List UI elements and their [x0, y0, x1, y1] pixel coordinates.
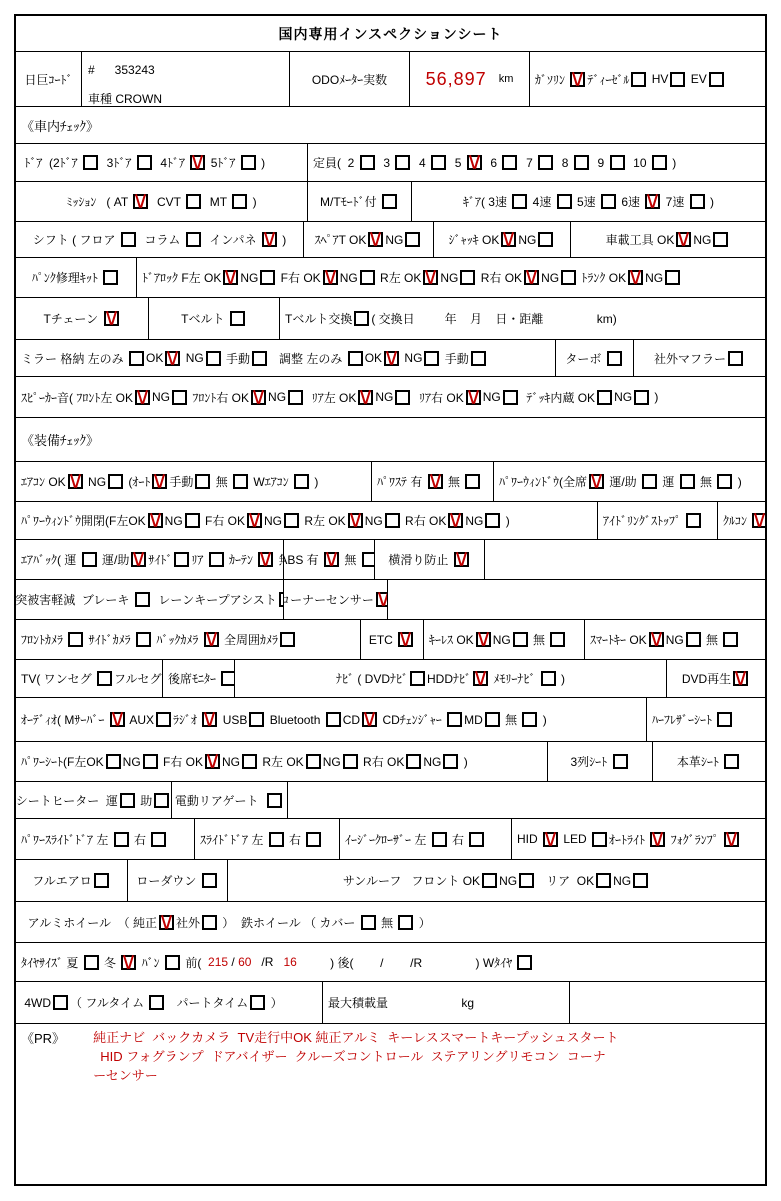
label: 3列ｼｰﾄ [570, 753, 610, 770]
checkbox-unchecked[interactable] [280, 632, 295, 647]
checkbox-unchecked[interactable] [713, 232, 728, 247]
label: NG [152, 390, 170, 404]
checkbox-unchecked[interactable] [592, 832, 607, 847]
label: ) [651, 390, 658, 404]
checkbox-unchecked[interactable] [633, 873, 648, 888]
checkbox-checked[interactable] [159, 915, 174, 930]
row-section-equipment: 《装備ﾁｪｯｸ》 [16, 418, 765, 462]
checkbox-unchecked[interactable] [538, 155, 553, 170]
checkbox-checked[interactable] [570, 72, 585, 87]
label: 5ﾄﾞｱ [207, 154, 238, 171]
checkbox-checked[interactable] [324, 552, 339, 567]
checkbox-unchecked[interactable] [186, 194, 201, 209]
label: 助 [137, 792, 152, 809]
checkbox-unchecked[interactable] [306, 832, 321, 847]
label: DVD再生 [682, 670, 731, 687]
row-mirror: ミラー 格納 左のみ OK NG 手動 調整 左のみ OK NG 手動ターボ 社… [16, 340, 765, 377]
checkbox-checked[interactable] [68, 474, 83, 489]
checkbox-checked[interactable] [752, 513, 765, 528]
checkbox-unchecked[interactable] [447, 712, 462, 727]
cell-t-belt: Tベルト [149, 298, 280, 339]
checkbox-unchecked[interactable] [202, 915, 217, 930]
cell-collision-empty [388, 580, 765, 619]
label: 10 [627, 156, 650, 170]
checkbox-unchecked[interactable] [610, 155, 625, 170]
cell-half-leather: ﾊｰﾌﾚｻﾞｰｼｰﾄ [647, 698, 765, 741]
checkbox-unchecked[interactable] [522, 712, 537, 727]
label: ) [249, 195, 256, 209]
label: NG [541, 271, 559, 285]
checkbox-checked[interactable] [104, 311, 119, 326]
label: NG [645, 271, 663, 285]
cell-aircon: ｴｱｺﾝ OK NG (ｵｰﾄ手動 無 Wｴｱｺﾝ ) [16, 462, 372, 501]
checkbox-unchecked[interactable] [443, 754, 458, 769]
checkbox-unchecked[interactable] [482, 873, 497, 888]
cell-idling-stop: ｱｲﾄﾞﾘﾝｸﾞｽﾄｯﾌﾟ [598, 502, 718, 539]
label: ｽﾗｲﾄﾞﾄﾞｱ 左 [200, 831, 267, 848]
checkbox-unchecked[interactable] [465, 474, 480, 489]
checkbox-unchecked[interactable] [202, 873, 217, 888]
label: NG [614, 390, 632, 404]
checkbox-unchecked[interactable] [136, 632, 151, 647]
label: 社外 [176, 914, 200, 931]
checkbox-unchecked[interactable] [143, 754, 158, 769]
label: HV [648, 72, 668, 86]
label: ﾊﾟﾜｰｼｰﾄ(F左OK [21, 753, 104, 770]
checkbox-unchecked[interactable] [398, 915, 413, 930]
checkbox-checked[interactable] [384, 351, 399, 366]
label: 6 [484, 156, 501, 170]
label: 5 [448, 156, 465, 170]
checkbox-unchecked[interactable] [230, 311, 245, 326]
checkbox-unchecked[interactable] [326, 712, 341, 727]
label: R左 OK [259, 753, 304, 770]
checkbox-checked[interactable] [348, 513, 363, 528]
checkbox-unchecked[interactable] [221, 671, 235, 686]
checkbox-checked[interactable] [466, 390, 481, 405]
checkbox-unchecked[interactable] [165, 955, 180, 970]
label: パートタイム [166, 994, 248, 1011]
label: / [228, 955, 238, 969]
cell-door-lock: ﾄﾞｱﾛｯｸ F左 OKNG F右 OKNG R左 OKNG R右 OKNG ﾄ… [137, 258, 765, 297]
checkbox-unchecked[interactable] [642, 474, 657, 489]
label: /R [251, 955, 283, 969]
checkbox-checked[interactable] [135, 390, 150, 405]
checkbox-checked[interactable] [133, 194, 148, 209]
checkbox-unchecked[interactable] [670, 72, 685, 87]
label: ﾃﾞｨｰｾﾞﾙ [587, 71, 629, 88]
checkbox-checked[interactable] [323, 270, 338, 285]
checkbox-unchecked[interactable] [512, 194, 527, 209]
checkbox-unchecked[interactable] [306, 754, 321, 769]
label: 車載工具 OK [606, 231, 675, 248]
checkbox-unchecked[interactable] [665, 270, 680, 285]
checkbox-checked[interactable] [262, 232, 277, 247]
label: 無 [502, 711, 521, 728]
cell-power-steering: ﾊﾟﾜｽﾃ 有 無 [372, 462, 494, 501]
checkbox-unchecked[interactable] [686, 513, 701, 528]
checkbox-checked[interactable] [448, 513, 463, 528]
cell-leather-seat: 本革ｼｰﾄ [653, 742, 765, 781]
label: フルエアロ [32, 872, 92, 889]
label: インパネ [203, 231, 260, 248]
cell-power-window: ﾊﾟﾜｰｳｨﾝﾄﾞｳ(全席 運/助 運 無 ) [494, 462, 765, 501]
checkbox-unchecked[interactable] [174, 552, 189, 567]
checkbox-unchecked[interactable] [432, 832, 447, 847]
checkbox-unchecked[interactable] [360, 270, 375, 285]
checkbox-checked[interactable] [650, 832, 665, 847]
checkbox-unchecked[interactable] [354, 311, 369, 326]
checkbox-checked[interactable] [110, 712, 125, 727]
cell-code-label: 日巨ｺｰﾄﾞ [16, 52, 82, 106]
checkbox-checked[interactable] [121, 955, 136, 970]
checkbox-unchecked[interactable] [195, 474, 210, 489]
label: 3ﾄﾞｱ [100, 154, 135, 171]
checkbox-checked[interactable] [628, 270, 643, 285]
cell-mirror: ミラー 格納 左のみ OK NG 手動 調整 左のみ OK NG 手動 [16, 340, 556, 376]
checkbox-checked[interactable] [152, 474, 167, 489]
cell-aftermarket-muffler: 社外マフラー [634, 340, 765, 376]
cell-doors: ﾄﾞｱ (2ﾄﾞｱ 3ﾄﾞｱ 4ﾄﾞｱ 5ﾄﾞｱ ) [16, 144, 308, 181]
checkbox-unchecked[interactable] [517, 955, 532, 970]
label: ﾌﾛﾝﾄ右 OK [189, 389, 249, 406]
row-puncture-kit: ﾊﾟﾝｸ修理ｷｯﾄ ﾄﾞｱﾛｯｸ F左 OKNG F右 OKNG R左 OKNG… [16, 258, 765, 298]
label: NG [240, 271, 258, 285]
label: 調整 左のみ [269, 350, 346, 367]
checkbox-unchecked[interactable] [503, 390, 518, 405]
label: NG [483, 390, 501, 404]
checkbox-unchecked[interactable] [680, 474, 695, 489]
checkbox-unchecked[interactable] [94, 873, 109, 888]
checkbox-unchecked[interactable] [53, 995, 68, 1010]
checkbox-unchecked[interactable] [469, 832, 484, 847]
checkbox-checked[interactable] [131, 552, 146, 567]
row-tv-navi: TV( ワンセグ フルセグ )後席ﾓﾆﾀｰ ﾅﾋﾞ ( DVDﾅﾋﾞHDDﾅﾋﾞ… [16, 660, 765, 698]
checkbox-unchecked[interactable] [485, 513, 500, 528]
checkbox-unchecked[interactable] [114, 832, 129, 847]
checkbox-checked[interactable] [428, 474, 443, 489]
label: NG [613, 874, 631, 888]
checkbox-unchecked[interactable] [137, 155, 152, 170]
checkbox-unchecked[interactable] [574, 155, 589, 170]
checkbox-unchecked[interactable] [97, 671, 112, 686]
row-speaker: ｽﾋﾟｰｶｰ音( ﾌﾛﾝﾄ左 OKNG ﾌﾛﾝﾄ右 OKNG ﾘｱ左 OKNG … [16, 377, 765, 418]
checkbox-unchecked[interactable] [724, 754, 739, 769]
label: ﾊｰﾌﾚｻﾞｰｼｰﾄ [652, 711, 715, 728]
label: ) [279, 233, 286, 247]
checkbox-checked[interactable] [358, 390, 373, 405]
checkbox-unchecked[interactable] [485, 712, 500, 727]
label: 7 [519, 156, 536, 170]
label: コラム [138, 231, 184, 248]
checkbox-unchecked[interactable] [519, 873, 534, 888]
checkbox-unchecked[interactable] [108, 474, 123, 489]
checkbox-checked[interactable] [467, 155, 482, 170]
checkbox-unchecked[interactable] [460, 270, 475, 285]
label: ｷﾞｱ( 3速 [463, 193, 510, 210]
label: F右 OK [202, 512, 245, 529]
checkbox-unchecked[interactable] [149, 995, 164, 1010]
checkbox-unchecked[interactable] [613, 754, 628, 769]
checkbox-checked[interactable] [524, 270, 539, 285]
checkbox-unchecked[interactable] [172, 390, 187, 405]
label: NG [85, 475, 106, 489]
checkbox-checked[interactable] [645, 194, 660, 209]
checkbox-unchecked[interactable] [723, 632, 738, 647]
label-odo: 56,897 [426, 69, 487, 90]
label: 3 [377, 156, 394, 170]
checkbox-checked[interactable] [423, 270, 438, 285]
checkbox-unchecked[interactable] [541, 671, 556, 686]
checkbox-unchecked[interactable] [361, 915, 376, 930]
label: 最大積載量 kg [328, 994, 474, 1011]
checkbox-unchecked[interactable] [690, 194, 705, 209]
row-pr: 《PR》純正ナビ バックカメラ TV走行中OK 純正アルミ キーレススマートキー… [16, 1024, 765, 1184]
checkbox-unchecked[interactable] [471, 351, 486, 366]
checkbox-unchecked[interactable] [631, 72, 646, 87]
checkbox-unchecked[interactable] [269, 832, 284, 847]
label: ﾄﾞｱﾛｯｸ F左 OK [142, 269, 221, 286]
label: ) [311, 475, 318, 489]
checkbox-unchecked[interactable] [84, 955, 99, 970]
checkbox-unchecked[interactable] [634, 390, 649, 405]
checkbox-unchecked[interactable] [209, 552, 224, 567]
checkbox-unchecked[interactable] [129, 351, 144, 366]
checkbox-unchecked[interactable] [260, 270, 275, 285]
checkbox-checked[interactable] [205, 754, 220, 769]
checkbox-checked[interactable] [202, 712, 217, 727]
label: R右 OK [477, 269, 522, 286]
checkbox-unchecked[interactable] [185, 513, 200, 528]
checkbox-unchecked[interactable] [596, 873, 611, 888]
cell-stability-control: 横滑り防止 [375, 540, 485, 579]
checkbox-checked[interactable] [724, 832, 739, 847]
label-red: 215 [208, 955, 228, 969]
checkbox-unchecked[interactable] [728, 351, 743, 366]
checkbox-unchecked[interactable] [242, 754, 257, 769]
checkbox-checked[interactable] [362, 712, 377, 727]
checkbox-unchecked[interactable] [233, 474, 248, 489]
cell-4wd: 4WD（ フルタイム パートタイム ） [16, 982, 323, 1023]
checkbox-unchecked[interactable] [405, 232, 420, 247]
label: ﾅﾋﾞ ( DVDﾅﾋﾞ [336, 670, 408, 687]
checkbox-checked[interactable] [165, 351, 180, 366]
checkbox-unchecked[interactable] [607, 351, 622, 366]
label: 4WD [21, 996, 51, 1010]
label: 冬 [101, 954, 120, 971]
label: フルセグ [114, 670, 163, 687]
checkbox-unchecked[interactable] [717, 474, 732, 489]
checkbox-checked[interactable] [148, 513, 163, 528]
checkbox-checked[interactable] [676, 232, 691, 247]
label: NG [182, 351, 203, 365]
checkbox-unchecked[interactable] [502, 155, 517, 170]
checkbox-unchecked[interactable] [348, 351, 363, 366]
checkbox-checked[interactable] [733, 671, 748, 686]
cell-section-interior: 《車内ﾁｪｯｸ》 [16, 107, 765, 143]
label: 前( [182, 954, 208, 971]
cell-third-row-seat: 3列ｼｰﾄ [548, 742, 653, 781]
checkbox-unchecked[interactable] [83, 155, 98, 170]
checkbox-unchecked[interactable] [156, 712, 171, 727]
checkbox-unchecked[interactable] [252, 351, 267, 366]
row-airbag: ｴｱﾊﾞｯｸ( 運 運/助ｻｲﾄﾞﾘｱ ｶｰﾃﾝ 無 )ABS 有 無 横滑り防… [16, 540, 765, 580]
label: ｶｰﾃﾝ [226, 551, 257, 568]
label: ABS 有 [284, 551, 322, 568]
label: ） 鉄ホイール （ カバー [219, 914, 359, 931]
label: 9 [591, 156, 608, 170]
label: 4速 [529, 193, 554, 210]
checkbox-checked[interactable] [190, 155, 205, 170]
checkbox-unchecked[interactable] [120, 793, 135, 808]
checkbox-checked[interactable] [454, 552, 469, 567]
checkbox-unchecked[interactable] [135, 592, 150, 607]
checkbox-checked[interactable] [368, 232, 383, 247]
label: ﾗｼﾞｵ [173, 711, 200, 728]
checkbox-unchecked[interactable] [82, 552, 97, 567]
label: 手動 [223, 350, 250, 367]
label: ﾘｱ [191, 551, 206, 568]
cell-fuel-type: ｶﾞｿﾘﾝ ﾃﾞｨｰｾﾞﾙ HV EV [530, 52, 765, 106]
label: NG [385, 233, 403, 247]
checkbox-unchecked[interactable] [294, 474, 309, 489]
checkbox-unchecked[interactable] [154, 793, 169, 808]
checkbox-unchecked[interactable] [267, 793, 282, 808]
label: ﾀｲﾔｻｲｽﾞ 夏 [21, 954, 82, 971]
checkbox-unchecked[interactable] [232, 194, 247, 209]
label: (ｵｰﾄ [125, 473, 150, 490]
label: NG [165, 514, 183, 528]
cell-wheel: アルミホイール （ 純正社外 ） 鉄ホイール （ カバー 無 ） [16, 902, 765, 942]
label: CD [343, 713, 360, 727]
checkbox-checked[interactable] [501, 232, 516, 247]
label: ｵｰﾄﾗｲﾄ [609, 831, 648, 848]
checkbox-unchecked[interactable] [241, 155, 256, 170]
cell-navi: ﾅﾋﾞ ( DVDﾅﾋﾞHDDﾅﾋﾞ ﾒﾓﾘｰﾅﾋﾞ ) [235, 660, 667, 697]
label: レーンキープアシスト [152, 591, 277, 608]
checkbox-unchecked[interactable] [362, 552, 375, 567]
checkbox-unchecked[interactable] [424, 351, 439, 366]
row-tire-chain: Tチェーン Tベルト Tベルト交換( 交換日 年 月 日・距離 km) [16, 298, 765, 340]
checkbox-unchecked[interactable] [557, 194, 572, 209]
checkbox-checked[interactable] [589, 474, 604, 489]
label: ﾊﾟﾜｰｳｨﾝﾄﾞｳ開閉(F左OK [21, 512, 146, 529]
label: ﾘｱ左 OK [305, 389, 356, 406]
checkbox-unchecked[interactable] [186, 232, 201, 247]
label: ﾊﾟﾜｰｽﾗｲﾄﾞﾄﾞｱ 左 [21, 831, 112, 848]
label: NG [423, 755, 441, 769]
checkbox-unchecked[interactable] [288, 390, 303, 405]
checkbox-unchecked[interactable] [106, 754, 121, 769]
checkbox-unchecked[interactable] [206, 351, 221, 366]
checkbox-unchecked[interactable] [395, 155, 410, 170]
checkbox-unchecked[interactable] [151, 832, 166, 847]
label: ｶﾞｿﾘﾝ [535, 71, 568, 88]
label: 運/助 [606, 473, 640, 490]
checkbox-unchecked[interactable] [68, 632, 83, 647]
cell-power-seat: ﾊﾟﾜｰｼｰﾄ(F左OKNG F右 OKNG R左 OKNG R右 OKNG ) [16, 742, 548, 781]
checkbox-unchecked[interactable] [717, 712, 732, 727]
label: 無 [341, 551, 360, 568]
label: 4ﾄﾞｱ [154, 154, 189, 171]
checkbox-unchecked[interactable] [385, 513, 400, 528]
checkbox-unchecked[interactable] [382, 194, 397, 209]
checkbox-unchecked[interactable] [538, 232, 553, 247]
checkbox-unchecked[interactable] [513, 632, 528, 647]
label: ｽﾋﾟｰｶｰ音( ﾌﾛﾝﾄ左 OK [21, 389, 133, 406]
checkbox-checked[interactable] [204, 632, 219, 647]
checkbox-checked[interactable] [473, 671, 488, 686]
checkbox-unchecked[interactable] [601, 194, 616, 209]
label: NG [518, 233, 536, 247]
checkbox-unchecked[interactable] [709, 72, 724, 87]
checkbox-checked[interactable] [543, 832, 558, 847]
label: NG [123, 755, 141, 769]
checkbox-unchecked[interactable] [103, 270, 118, 285]
checkbox-unchecked[interactable] [406, 754, 421, 769]
label: ﾄﾞｱ (2ﾄﾞｱ [21, 154, 81, 171]
checkbox-checked[interactable] [247, 513, 262, 528]
checkbox-unchecked[interactable] [249, 712, 264, 727]
checkbox-unchecked[interactable] [284, 513, 299, 528]
checkbox-checked[interactable] [376, 592, 388, 607]
checkbox-unchecked[interactable] [360, 155, 375, 170]
checkbox-unchecked[interactable] [550, 632, 565, 647]
label: ｽﾍﾟｱT OK [315, 231, 367, 248]
checkbox-checked[interactable] [251, 390, 266, 405]
checkbox-unchecked[interactable] [410, 671, 425, 686]
label: アルミホイール （ 純正 [21, 914, 157, 931]
label: ODOﾒｰﾀｰ実数 [312, 71, 387, 88]
label: MD [464, 713, 483, 727]
checkbox-checked[interactable] [476, 632, 491, 647]
row-section-interior: 《車内ﾁｪｯｸ》 [16, 107, 765, 144]
label: ﾊﾟﾜｽﾃ 有 [377, 473, 426, 490]
cell-odo-label: ODOﾒｰﾀｰ実数 [290, 52, 410, 106]
checkbox-unchecked[interactable] [250, 995, 265, 1010]
cell-capacity: 定員( 2 3 4 5 6 7 8 9 10 ) [308, 144, 765, 181]
checkbox-unchecked[interactable] [652, 155, 667, 170]
label: 日巨ｺｰﾄﾞ [24, 71, 72, 88]
checkbox-checked[interactable] [649, 632, 664, 647]
cell-shift: シフト ( フロア コラム インパネ ) [16, 222, 304, 257]
checkbox-unchecked[interactable] [597, 390, 612, 405]
checkbox-checked[interactable] [223, 270, 238, 285]
checkbox-unchecked[interactable] [121, 232, 136, 247]
cell-heater-empty [288, 782, 765, 818]
checkbox-unchecked[interactable] [395, 390, 410, 405]
checkbox-checked[interactable] [398, 632, 413, 647]
label: 右 [131, 831, 150, 848]
label-km: km [499, 73, 514, 85]
label: ) 後( / /R ) Wﾀｲﾔ [297, 954, 516, 971]
checkbox-unchecked[interactable] [561, 270, 576, 285]
cell-airbag: ｴｱﾊﾞｯｸ( 運 運/助ｻｲﾄﾞﾘｱ ｶｰﾃﾝ 無 ) [16, 540, 284, 579]
label-section: 《装備ﾁｪｯｸ》 [21, 430, 99, 449]
cell-pw-open-close: ﾊﾟﾜｰｳｨﾝﾄﾞｳ開閉(F左OKNG F右 OKNG R左 OKNG R右 O… [16, 502, 598, 539]
label: MT [203, 195, 230, 209]
checkbox-unchecked[interactable] [343, 754, 358, 769]
checkbox-unchecked[interactable] [686, 632, 701, 647]
label-red: 16 [283, 955, 296, 969]
label: NG [268, 390, 286, 404]
label: ) [460, 755, 467, 769]
cell-etc: ETC [361, 620, 424, 659]
checkbox-checked[interactable] [258, 552, 273, 567]
label: EV [687, 72, 706, 86]
checkbox-unchecked[interactable] [431, 155, 446, 170]
label: 8 [555, 156, 572, 170]
